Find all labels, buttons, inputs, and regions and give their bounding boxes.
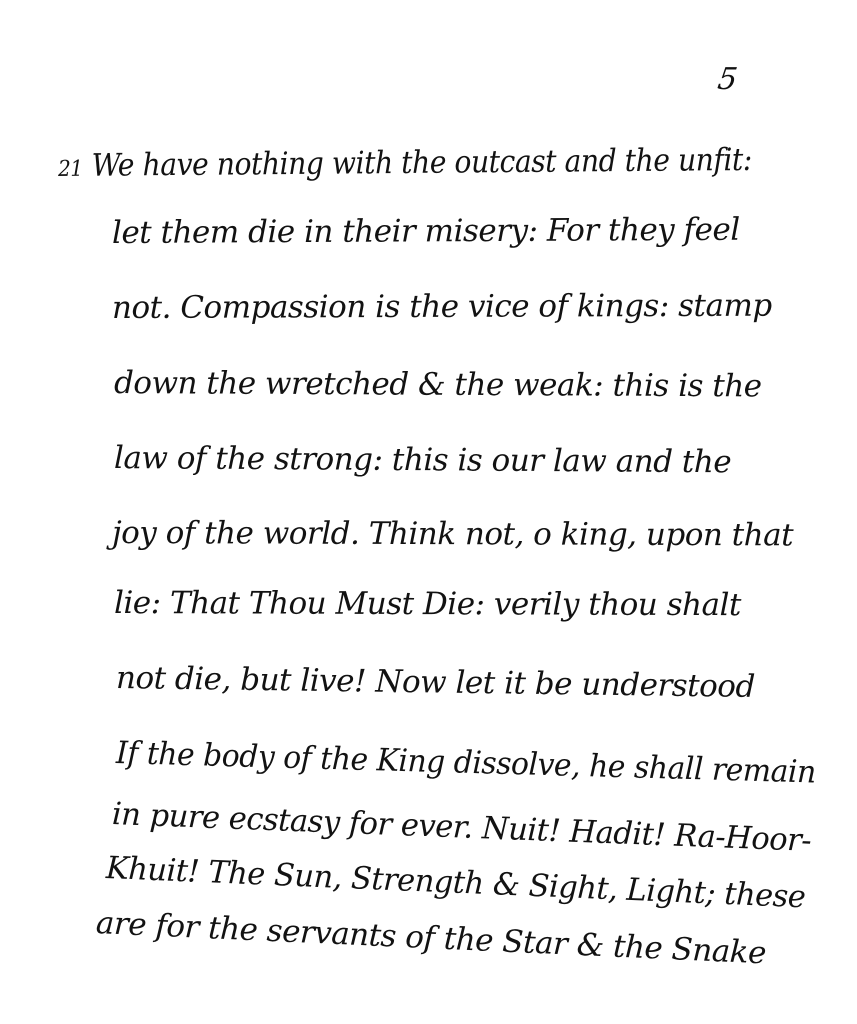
manuscript-line-12: are for the servants of the Star & the S… [95,905,766,971]
line-text: If the body of the King dissolve, he sha… [115,735,816,791]
manuscript-line-8: not die, but live! Now let it be underst… [116,660,755,705]
line-text: in pure ecstasy for ever. Nuit! Hadit! R… [111,796,811,859]
manuscript-line-5: law of the strong: this is our law and t… [114,440,731,480]
line-text: are for the servants of the Star & the S… [95,905,766,971]
line-text: not. Compassion is the vice of kings: st… [112,288,772,326]
line-text: down the wretched & the weak: this is th… [114,365,762,404]
manuscript-line-2: let them die in their misery: For they f… [112,212,740,251]
line-text: let them die in their misery: For they f… [112,212,740,251]
manuscript-line-7: lie: That Thou Must Die: verily thou sha… [114,585,741,623]
manuscript-page: 5 21We have nothing with the outcast and… [0,0,857,1024]
line-text: not die, but live! Now let it be underst… [116,660,755,705]
page-number: 5 [716,62,740,97]
manuscript-line-4: down the wretched & the weak: this is th… [114,365,762,404]
line-text: joy of the world. Think not, o king, upo… [112,515,793,553]
manuscript-line-11: Khuit! The Sun, Strength & Sight, Light;… [105,850,806,915]
manuscript-line-10: in pure ecstasy for ever. Nuit! Hadit! R… [111,796,811,859]
manuscript-line-1: 21We have nothing with the outcast and t… [58,142,758,184]
manuscript-line-9: If the body of the King dissolve, he sha… [115,735,816,791]
verse-number: 21 [58,157,83,182]
line-text: law of the strong: this is our law and t… [114,440,731,480]
manuscript-line-3: not. Compassion is the vice of kings: st… [112,288,772,326]
line-text: We have nothing with the outcast and the… [91,142,752,184]
line-text: lie: That Thou Must Die: verily thou sha… [114,585,741,623]
manuscript-line-6: joy of the world. Think not, o king, upo… [112,515,793,553]
line-text: Khuit! The Sun, Strength & Sight, Light;… [105,850,806,915]
